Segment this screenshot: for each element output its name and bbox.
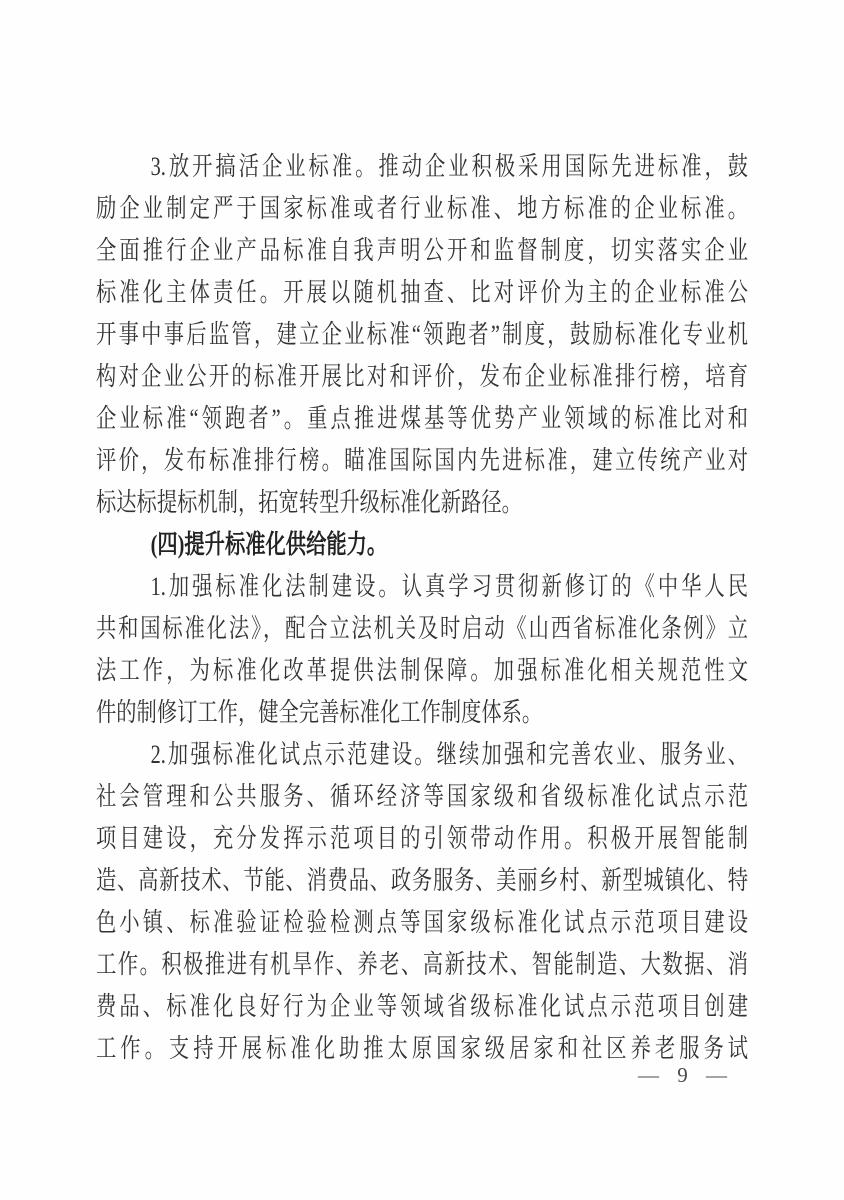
text-line: 构对企业公开的标准开展比对和评价，发布企业标准排行榜，培育 — [96, 356, 748, 398]
text-line: 项目建设，充分发挥示范项目的引领带动作用。积极开展智能制 — [96, 818, 748, 860]
text-line: 共和国标准化法》，配合立法机关及时启动《山西省标准化条例》立 — [96, 608, 748, 650]
text-line: 法工作，为标准化改革提供法制保障。加强标准化相关规范性文 — [96, 650, 748, 692]
document-body: 3.放开搞活企业标准。推动企业积极采用国际先进标准，鼓 励企业制定严于国家标准或… — [96, 146, 748, 1070]
text-line: 1.加强标准化法制建设。认真学习贯彻新修订的《中华人民 — [96, 566, 748, 608]
text-line: 标达标提标机制，拓宽转型升级标准化新路径。 — [96, 482, 748, 524]
text-line: 标准化主体责任。开展以随机抽查、比对评价为主的企业标准公 — [96, 272, 748, 314]
text-line: 件的制修订工作，健全完善标准化工作制度体系。 — [96, 692, 748, 734]
section-heading: (四)提升标准化供给能力。 — [96, 524, 748, 566]
text-line: 开事中事后监管，建立企业标准“领跑者”制度，鼓励标准化专业机 — [96, 314, 748, 356]
text-line: 2.加强标准化试点示范建设。继续加强和完善农业、服务业、 — [96, 734, 748, 776]
text-line: 费品、标准化良好行为企业等领域省级标准化试点示范项目创建 — [96, 986, 748, 1028]
text-line: 3.放开搞活企业标准。推动企业积极采用国际先进标准，鼓 — [96, 146, 748, 188]
text-line: 社会管理和公共服务、循环经济等国家级和省级标准化试点示范 — [96, 776, 748, 818]
text-line: 造、高新技术、节能、消费品、政务服务、美丽乡村、新型城镇化、特 — [96, 860, 748, 902]
text-line: 评价，发布标准排行榜。瞄准国际国内先进标准，建立传统产业对 — [96, 440, 748, 482]
page-footer: — 9 — — [638, 1061, 727, 1089]
text-line: 色小镇、标准验证检验检测点等国家级标准化试点示范项目建设 — [96, 902, 748, 944]
text-line: 工作。积极推进有机旱作、养老、高新技术、智能制造、大数据、消 — [96, 944, 748, 986]
document-page: 3.放开搞活企业标准。推动企业积极采用国际先进标准，鼓 励企业制定严于国家标准或… — [0, 0, 844, 1200]
text-line: 励企业制定严于国家标准或者行业标准、地方标准的企业标准。 — [96, 188, 748, 230]
text-line: 企业标准“领跑者”。重点推进煤基等优势产业领域的标准比对和 — [96, 398, 748, 440]
page-number: — 9 — — [638, 1063, 727, 1087]
text-line: 全面推行企业产品标准自我声明公开和监督制度，切实落实企业 — [96, 230, 748, 272]
